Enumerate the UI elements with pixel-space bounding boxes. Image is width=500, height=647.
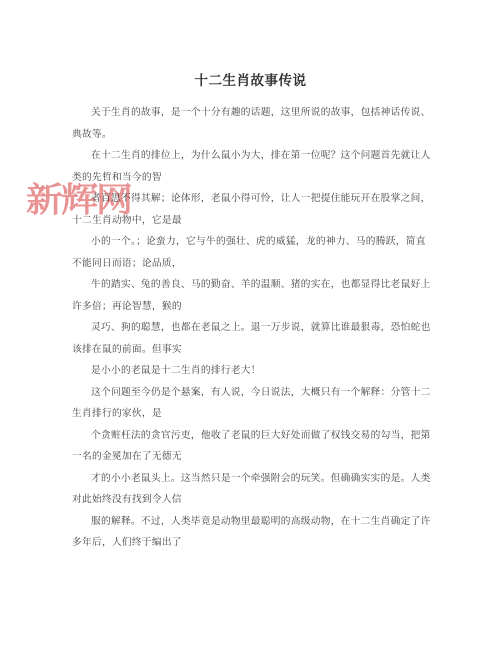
text-line: 对此始终没有找到令人信 bbox=[72, 489, 429, 511]
text-line: 生肖排行的家伙，是 bbox=[72, 403, 429, 425]
text-line: 小的一个。；论蛮力，它与牛的强壮、虎的威猛，龙的神力、马的腾跃，简直 bbox=[72, 231, 429, 253]
document-content: 十二生肖故事传说 关于生肖的故事，是一个十分有趣的话题，这里所说的故事，包括神话… bbox=[72, 69, 429, 554]
text-line: 一名的金冕加在了无德无 bbox=[72, 446, 429, 468]
document-lines: 关于生肖的故事，是一个十分有趣的话题，这里所说的故事，包括神话传说、典故等。在十… bbox=[72, 102, 429, 554]
text-line: 十二生肖动物中，它是最 bbox=[72, 210, 429, 232]
text-line: 关于生肖的故事，是一个十分有趣的话题，这里所说的故事，包括神话传说、 bbox=[72, 102, 429, 124]
text-line: 是小小的老鼠是十二生肖的排行老大！ bbox=[72, 360, 429, 382]
text-line: 才的小小老鼠头上。这当然只是一个牵强附会的玩笑。但确确实实的是。人类 bbox=[72, 468, 429, 490]
page-title: 十二生肖故事传说 bbox=[72, 69, 429, 89]
text-line: 者百思不得其解；论体形，老鼠小得可怜，让人一把提住能玩开在股掌之间， bbox=[72, 188, 429, 210]
text-line: 牛的踏实、兔的善良、马的勤奋、羊的温顺、猪的实在，也都显得比老鼠好上 bbox=[72, 274, 429, 296]
text-line: 典故等。 bbox=[72, 124, 429, 146]
document-page: 新辉网 十二生肖故事传说 关于生肖的故事，是一个十分有趣的话题，这里所说的故事，… bbox=[0, 0, 500, 647]
text-line: 不能同日而语；论品质， bbox=[72, 253, 429, 275]
text-line: 灵巧、狗的聪慧，也都在老鼠之上。退一万步说，就算比谁最狠毒，恐怕蛇也 bbox=[72, 317, 429, 339]
text-line: 在十二生肖的排位上，为什么鼠小为大，排在第一位呢？这个问题首先就让人 bbox=[72, 145, 429, 167]
text-line: 许多倍；再论智慧，猴的 bbox=[72, 296, 429, 318]
text-line: 服的解释。不过，人类毕竟是动物里最聪明的高级动物，在十二生肖确定了许 bbox=[72, 511, 429, 533]
text-line: 类的先哲和当今的智 bbox=[72, 167, 429, 189]
text-line: 该排在鼠的前面。但事实 bbox=[72, 339, 429, 361]
text-line: 个贪赃枉法的贪官污吏，他收了老鼠的巨大好处而做了权钱交易的勾当，把第 bbox=[72, 425, 429, 447]
text-line: 这个问题至今仍是个悬案，有人说，今日说法，大概只有一个解释：分管十二 bbox=[72, 382, 429, 404]
text-line: 多年后，人们终于编出了 bbox=[72, 532, 429, 554]
